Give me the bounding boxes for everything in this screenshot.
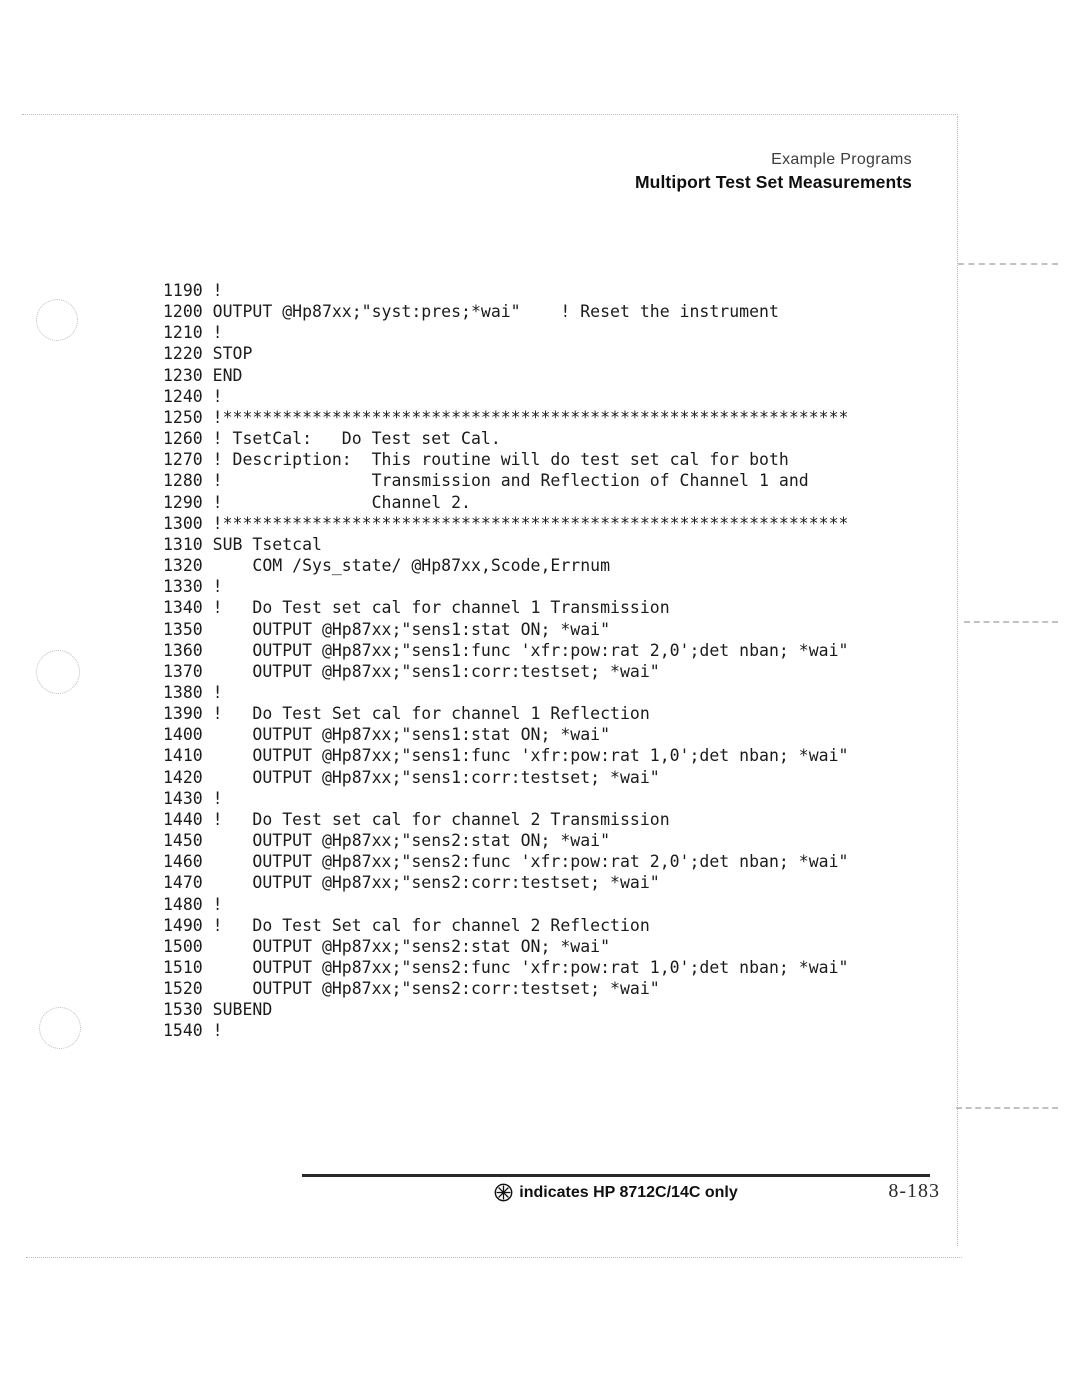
footer-note: indicates HP 8712C/14C only bbox=[302, 1183, 930, 1202]
margin-dotted-right bbox=[957, 116, 958, 1246]
code-listing: 1190 ! 1200 OUTPUT @Hp87xx;"syst:pres;*w… bbox=[163, 280, 848, 1042]
punch-hole bbox=[36, 299, 78, 341]
registration-dash bbox=[956, 1107, 1058, 1109]
page-header: Example Programs Multiport Test Set Meas… bbox=[480, 151, 912, 193]
footer-rule bbox=[302, 1174, 930, 1177]
header-section-label: Example Programs bbox=[480, 151, 912, 169]
page-title: Multiport Test Set Measurements bbox=[480, 172, 912, 193]
margin-dotted-top bbox=[22, 114, 958, 115]
margin-dotted-bottom bbox=[26, 1257, 962, 1258]
circled-asterisk-icon bbox=[494, 1183, 513, 1202]
footer-note-label: indicates HP 8712C/14C only bbox=[519, 1184, 737, 1202]
punch-hole bbox=[39, 1007, 81, 1049]
punch-hole bbox=[36, 650, 80, 694]
registration-dash bbox=[958, 263, 1058, 265]
registration-dash bbox=[964, 621, 1058, 623]
page-number: 8-183 bbox=[850, 1180, 940, 1203]
